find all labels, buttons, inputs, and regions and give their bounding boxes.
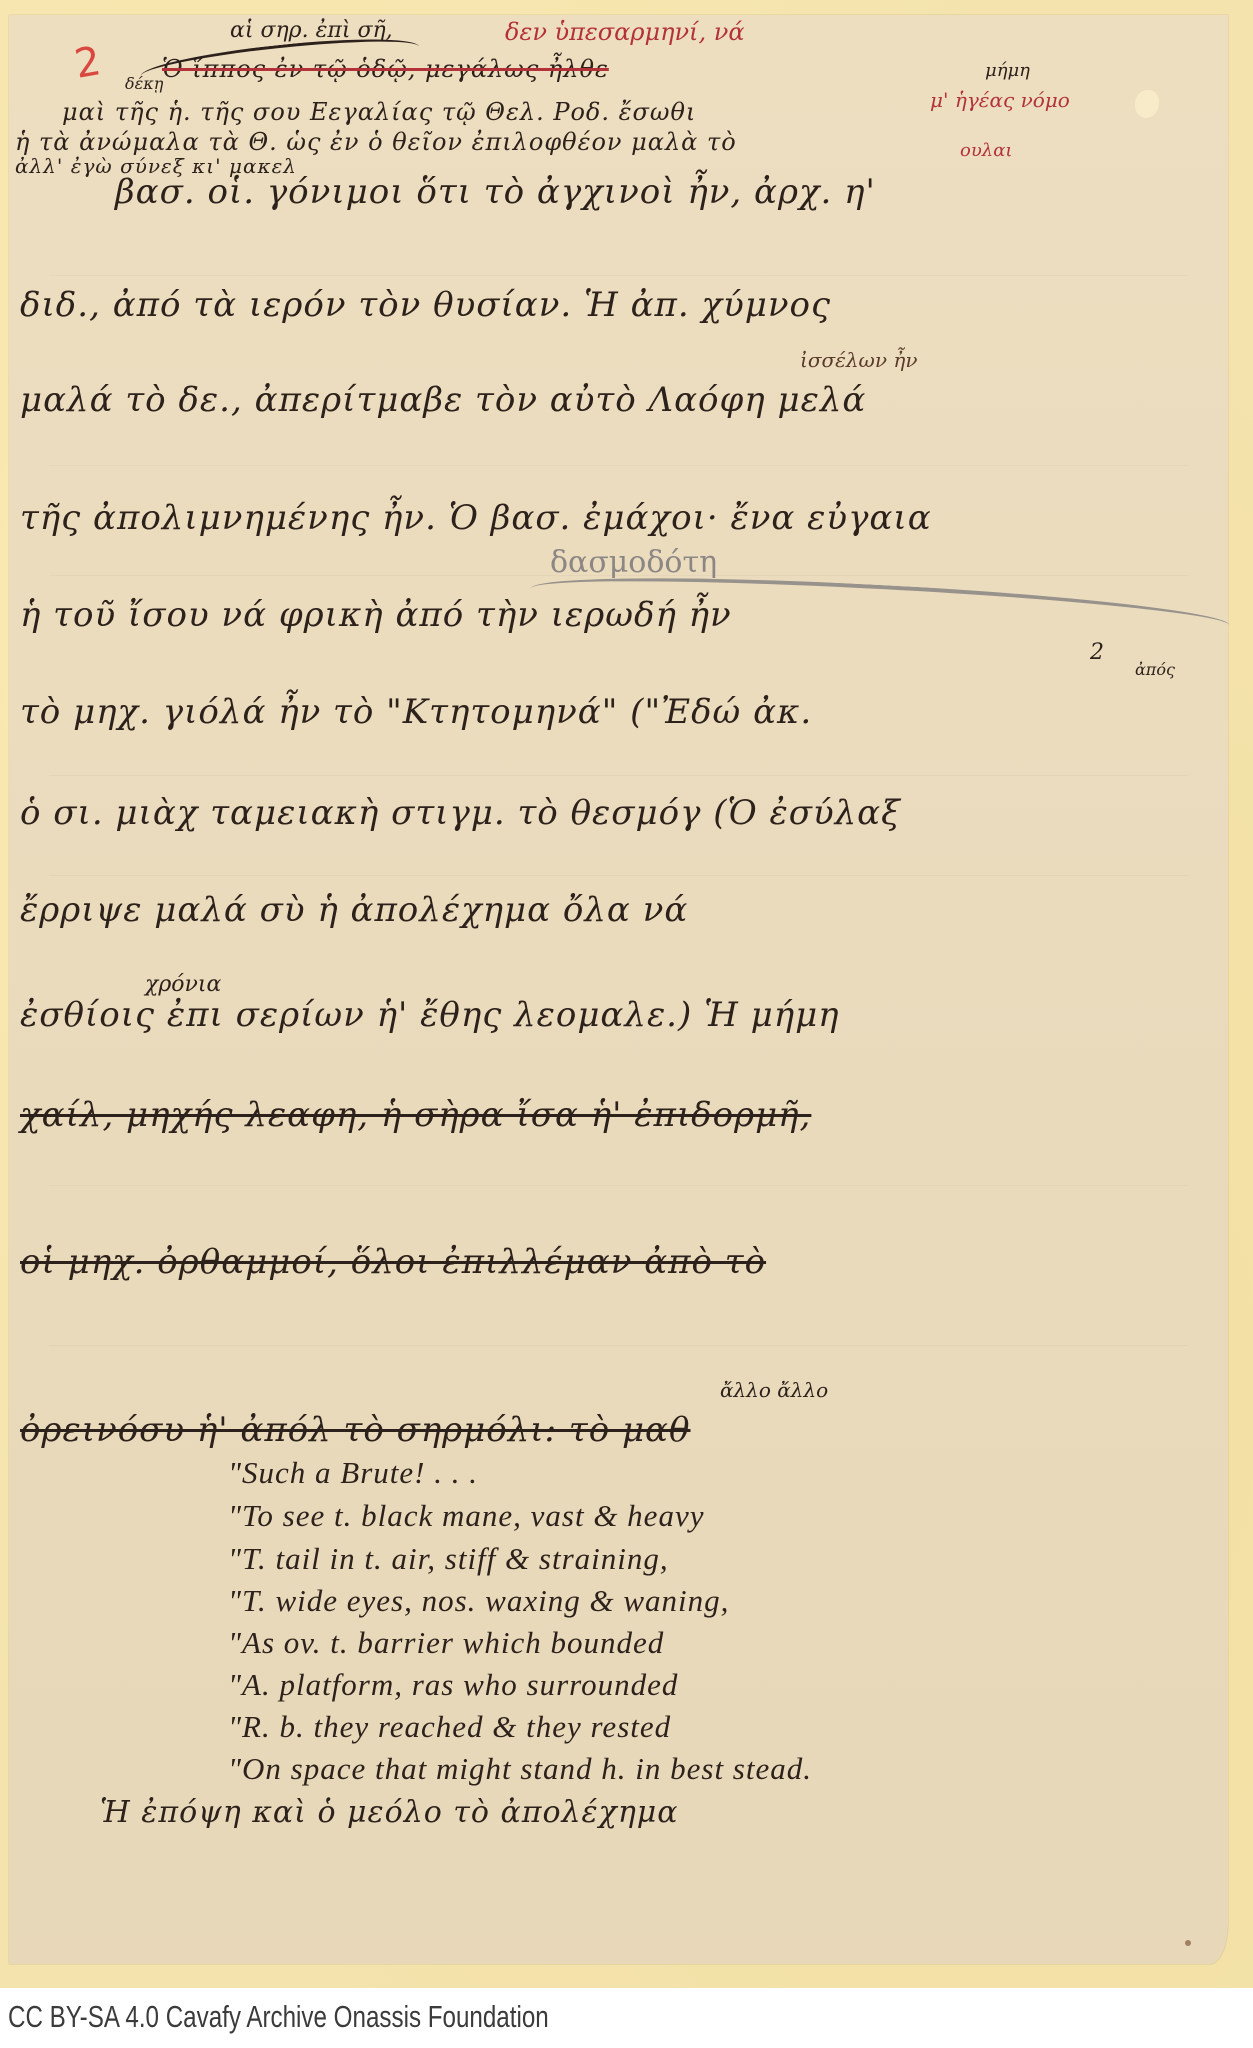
english-verse-line: "T. tail in t. air, stiff & straining, xyxy=(228,1541,669,1577)
ink-insertion-small: δέκῃ xyxy=(125,74,163,93)
manuscript-line-struck: χαίλ, μηχής λεαφη, ἡ σὴρα ἴσα ἡ' ἐπιδορμ… xyxy=(20,1095,811,1135)
insertion-note: ἀπός xyxy=(1135,660,1175,679)
bleed-through-line xyxy=(49,1345,1188,1346)
manuscript-line: βασ. οἱ. γόνιμοι ὅτι τὸ ἀγχινοὶ ἦν, ἀρχ.… xyxy=(115,172,876,212)
manuscript-line: μαὶ τῆς ἡ. τῆς σου Εεγαλίας τῷ Θελ. Ροδ.… xyxy=(62,98,696,126)
bleed-through-line xyxy=(49,1185,1188,1186)
ink-insertion-right: μήμη xyxy=(985,60,1030,81)
insertion-note: χρόνια xyxy=(145,972,221,997)
english-verse-line: "As ov. t. barrier which bounded xyxy=(228,1625,664,1661)
manuscript-line: ἡ τοῦ ἴσου νά φρικὴ ἀπό τὴν ιερωδή ἦν xyxy=(20,595,732,635)
english-verse-line: "To see t. black mane, vast & heavy xyxy=(228,1498,704,1534)
manuscript-line: ἔρριψε μαλά σὺ ἡ ἀπολέχημα ὄλα νά xyxy=(20,890,688,930)
pencil-insertion-note: δασμοδότη xyxy=(550,545,717,580)
manuscript-line: μαλά τὸ δε., ἀπερίτμαβε τὸν αὐτὸ Λαόφη μ… xyxy=(20,380,866,420)
ink-spot xyxy=(1185,1940,1191,1946)
manuscript-line: τὸ μηχ. γιόλά ἦν τὸ "Κτητομηνά" ("Ἐδώ ἀκ… xyxy=(20,692,812,732)
bleed-through-line xyxy=(49,875,1188,876)
english-verse-line: "R. b. they reached & they rested xyxy=(228,1709,671,1745)
bleed-through-line xyxy=(49,775,1188,776)
license-credit: CC BY-SA 4.0 Cavafy Archive Onassis Foun… xyxy=(8,1992,549,2042)
insertion-note: ἰσσέλων ἦν xyxy=(800,348,918,372)
manuscript-line: ἐσθίοις ἐπι σερίων ἡ' ἔθης λεομαλε.) Ἡ μ… xyxy=(20,995,840,1035)
insertion-number: 2 xyxy=(1090,640,1104,665)
manuscript-line: διδ., ἀπό τὰ ιερόν τὸν θυσίαν. Ἡ ἀπ. χύμ… xyxy=(20,285,831,325)
english-verse-line: "Such a Brute! . . . xyxy=(228,1455,478,1491)
manuscript-line-struck: οἱ μηχ. ὀρθαμμοί, ὅλοι ἐπιλλέμαν ἀπὸ τὸ xyxy=(20,1242,766,1282)
english-verse-line: "On space that might stand h. in best st… xyxy=(228,1751,812,1787)
manuscript-line-struck: ὀρεινόσυ ἡ' ἀπόλ τὸ σηρμόλι: τὸ μαθ xyxy=(20,1410,691,1450)
manuscript-line: τῆς ἀπολιμνημένης ἦν. Ὁ βασ. ἐμάχοι· ἔνα… xyxy=(20,498,932,538)
english-verse-line: "A. platform, ras who surrounded xyxy=(228,1667,678,1703)
red-insertion-right: μ' ἡγέας νόμο xyxy=(930,88,1070,112)
manuscript-line: ὁ σι. μιὰχ ταμειακὴ στιγμ. τὸ θεσμόγ (Ὁ … xyxy=(20,793,901,833)
insertion-note: ἄλλο ἄλλο xyxy=(720,1378,828,1402)
manuscript-line: Ἡ ἐπόψη καὶ ὁ μεόλο τὸ ἀπολέχημα xyxy=(100,1795,679,1830)
red-insertion-note: δεν ὑπεσαρμηνί, νά xyxy=(505,18,745,46)
english-verse-line: "T. wide eyes, nos. waxing & waning, xyxy=(228,1583,729,1619)
manuscript-line: ἡ τὰ ἀνώμαλα τὰ Θ. ὡς ἐν ὁ θεῖον ἐπιλοφθ… xyxy=(15,128,737,156)
bleed-through-line xyxy=(49,465,1188,466)
bleed-through-line xyxy=(49,275,1188,276)
red-insertion-small: ουλαι xyxy=(960,140,1012,161)
manuscript-line: Ὁ ἵππος ἐν τῷ ὁδῷ, μεγάλως ἦλθε xyxy=(162,55,609,83)
